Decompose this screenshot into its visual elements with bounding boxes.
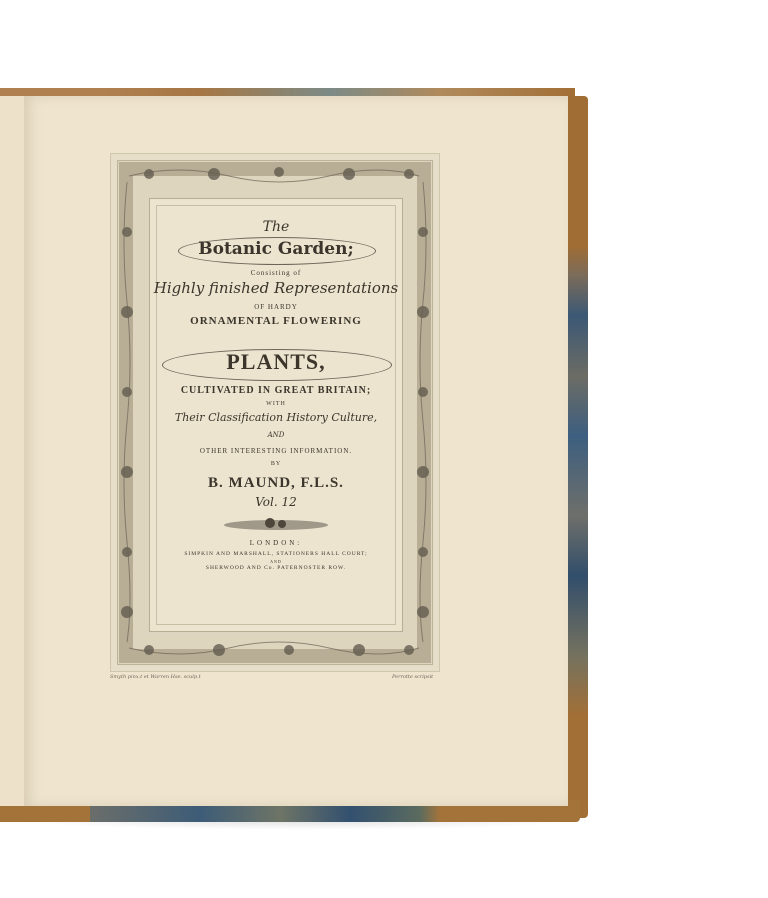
subtitle-by: BY	[150, 461, 402, 467]
subtitle-information: OTHER INTERESTING INFORMATION.	[150, 447, 402, 455]
subtitle-consisting: Consisting of	[150, 269, 402, 277]
engraved-plate: The Botanic Garden; Consisting of Highly…	[110, 153, 440, 672]
subtitle-plants: PLANTS,	[150, 349, 402, 375]
script-credit: Perrotte scripsit	[392, 674, 433, 680]
author-name: B. MAUND, F.L.S.	[150, 475, 402, 492]
title-text-panel: The Botanic Garden; Consisting of Highly…	[149, 198, 403, 632]
subtitle-ornamental: ORNAMENTAL FLOWERING	[150, 315, 402, 327]
subtitle-classification: Their Classification History Culture,	[150, 411, 402, 424]
subtitle-and: AND	[150, 431, 402, 439]
subtitle-cultivated: CULTIVATED IN GREAT BRITAIN;	[150, 385, 402, 396]
marbled-cover-edge	[566, 96, 588, 818]
floral-vignette-icon	[220, 517, 332, 533]
subtitle-representations: Highly finished Representations	[150, 279, 402, 297]
imprint-and: AND	[150, 559, 402, 564]
subtitle-hardy: OF HARDY	[150, 303, 402, 311]
subtitle-with: WITH	[150, 401, 402, 407]
left-page-edge	[0, 96, 25, 806]
book-title: Botanic Garden;	[150, 239, 402, 259]
imprint-london: LONDON:	[150, 539, 402, 547]
title-the: The	[150, 219, 402, 235]
book-photo: The Botanic Garden; Consisting of Highly…	[0, 0, 768, 898]
volume-number: Vol. 12	[150, 495, 402, 509]
engraver-credit: Smyth pinx.t et Warren Hse. sculp.t	[110, 674, 201, 680]
imprint-simpkin: SIMPKIN AND MARSHALL, STATIONERS HALL CO…	[150, 551, 402, 557]
imprint-sherwood: SHERWOOD AND Co. PATERNOSTER ROW.	[150, 565, 402, 571]
title-page-leaf: The Botanic Garden; Consisting of Highly…	[24, 96, 568, 806]
